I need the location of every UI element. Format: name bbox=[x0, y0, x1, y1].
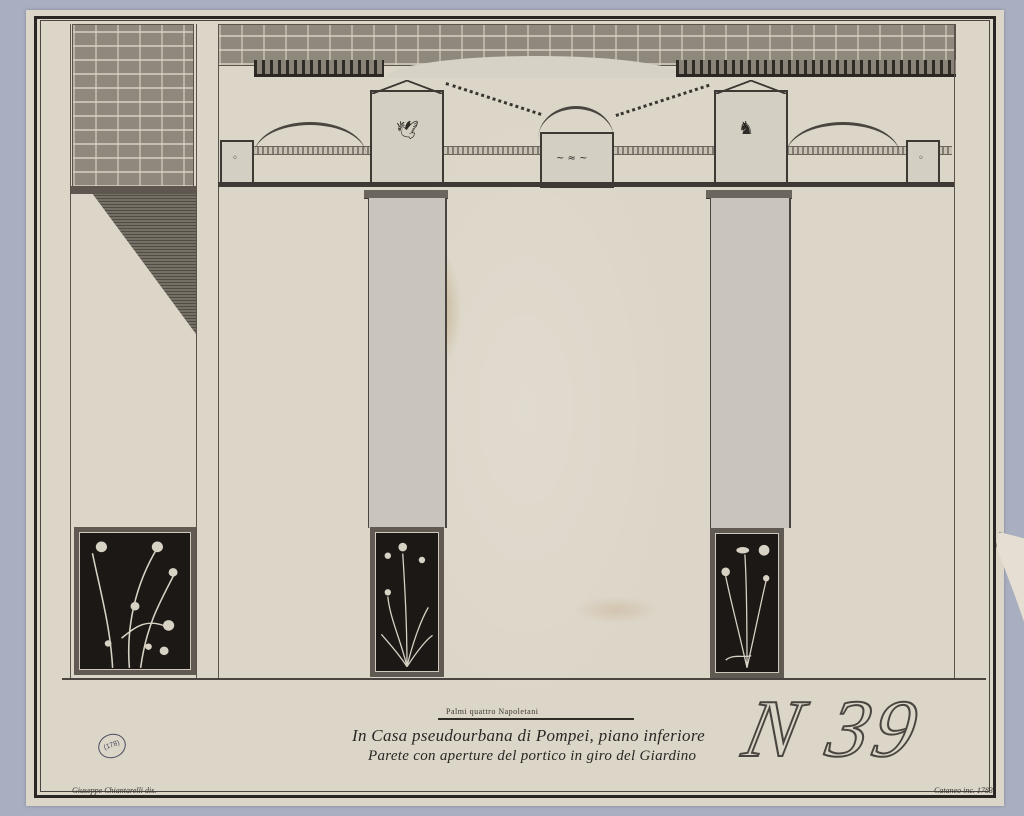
scale-label: Palmi quattro Napoletani bbox=[446, 707, 538, 716]
guide-line bbox=[70, 24, 71, 678]
plate-number: N 39 bbox=[736, 682, 929, 776]
pilaster-right bbox=[710, 198, 791, 528]
box-right: ◦ bbox=[906, 140, 940, 186]
garden-panel-right bbox=[710, 528, 784, 678]
cornice-right bbox=[676, 60, 956, 77]
left-ledge bbox=[70, 186, 196, 194]
pilaster-left bbox=[368, 198, 447, 528]
bird-figure-icon: 🕊 bbox=[396, 122, 419, 140]
box-left: ◦ bbox=[220, 140, 254, 186]
oval-ornament-icon: ◦ bbox=[918, 154, 924, 164]
plate-subtitle: Parete con aperture del portico in giro … bbox=[368, 748, 696, 765]
draughtsman-credit: Giuseppe Chiantarelli dis. bbox=[72, 786, 156, 795]
scale-bar bbox=[438, 718, 634, 720]
flowering-shrub-icon bbox=[79, 532, 191, 670]
engraving-sheet: ◦ ◦ 🕊 ♞ ~ ≈ ~ bbox=[26, 10, 1004, 806]
oval-ornament-icon: ◦ bbox=[232, 154, 238, 164]
floor-line bbox=[62, 678, 986, 680]
plate-title: In Casa pseudourbana di Pompei, piano in… bbox=[352, 726, 705, 746]
small-animals-icon: ~ ≈ ~ bbox=[556, 154, 588, 164]
frieze-base bbox=[218, 182, 954, 187]
garden-panel-center bbox=[370, 527, 444, 677]
garden-panel-left bbox=[74, 527, 196, 675]
engraver-credit: Cataneo inc. 1783 bbox=[934, 786, 993, 795]
guide-line bbox=[196, 24, 197, 678]
masonry-left bbox=[72, 24, 194, 188]
cornice-left bbox=[254, 60, 384, 77]
niche-center: ~ ≈ ~ bbox=[540, 132, 614, 188]
guide-line bbox=[954, 24, 955, 678]
lily-plant-icon bbox=[375, 532, 439, 672]
pediment-left: 🕊 bbox=[370, 90, 444, 186]
guide-line bbox=[218, 24, 219, 678]
griffin-figure-icon: ♞ bbox=[738, 120, 754, 138]
paper-tear bbox=[996, 532, 1024, 624]
carnation-plant-icon bbox=[715, 533, 779, 673]
pediment-right: ♞ bbox=[714, 90, 788, 186]
